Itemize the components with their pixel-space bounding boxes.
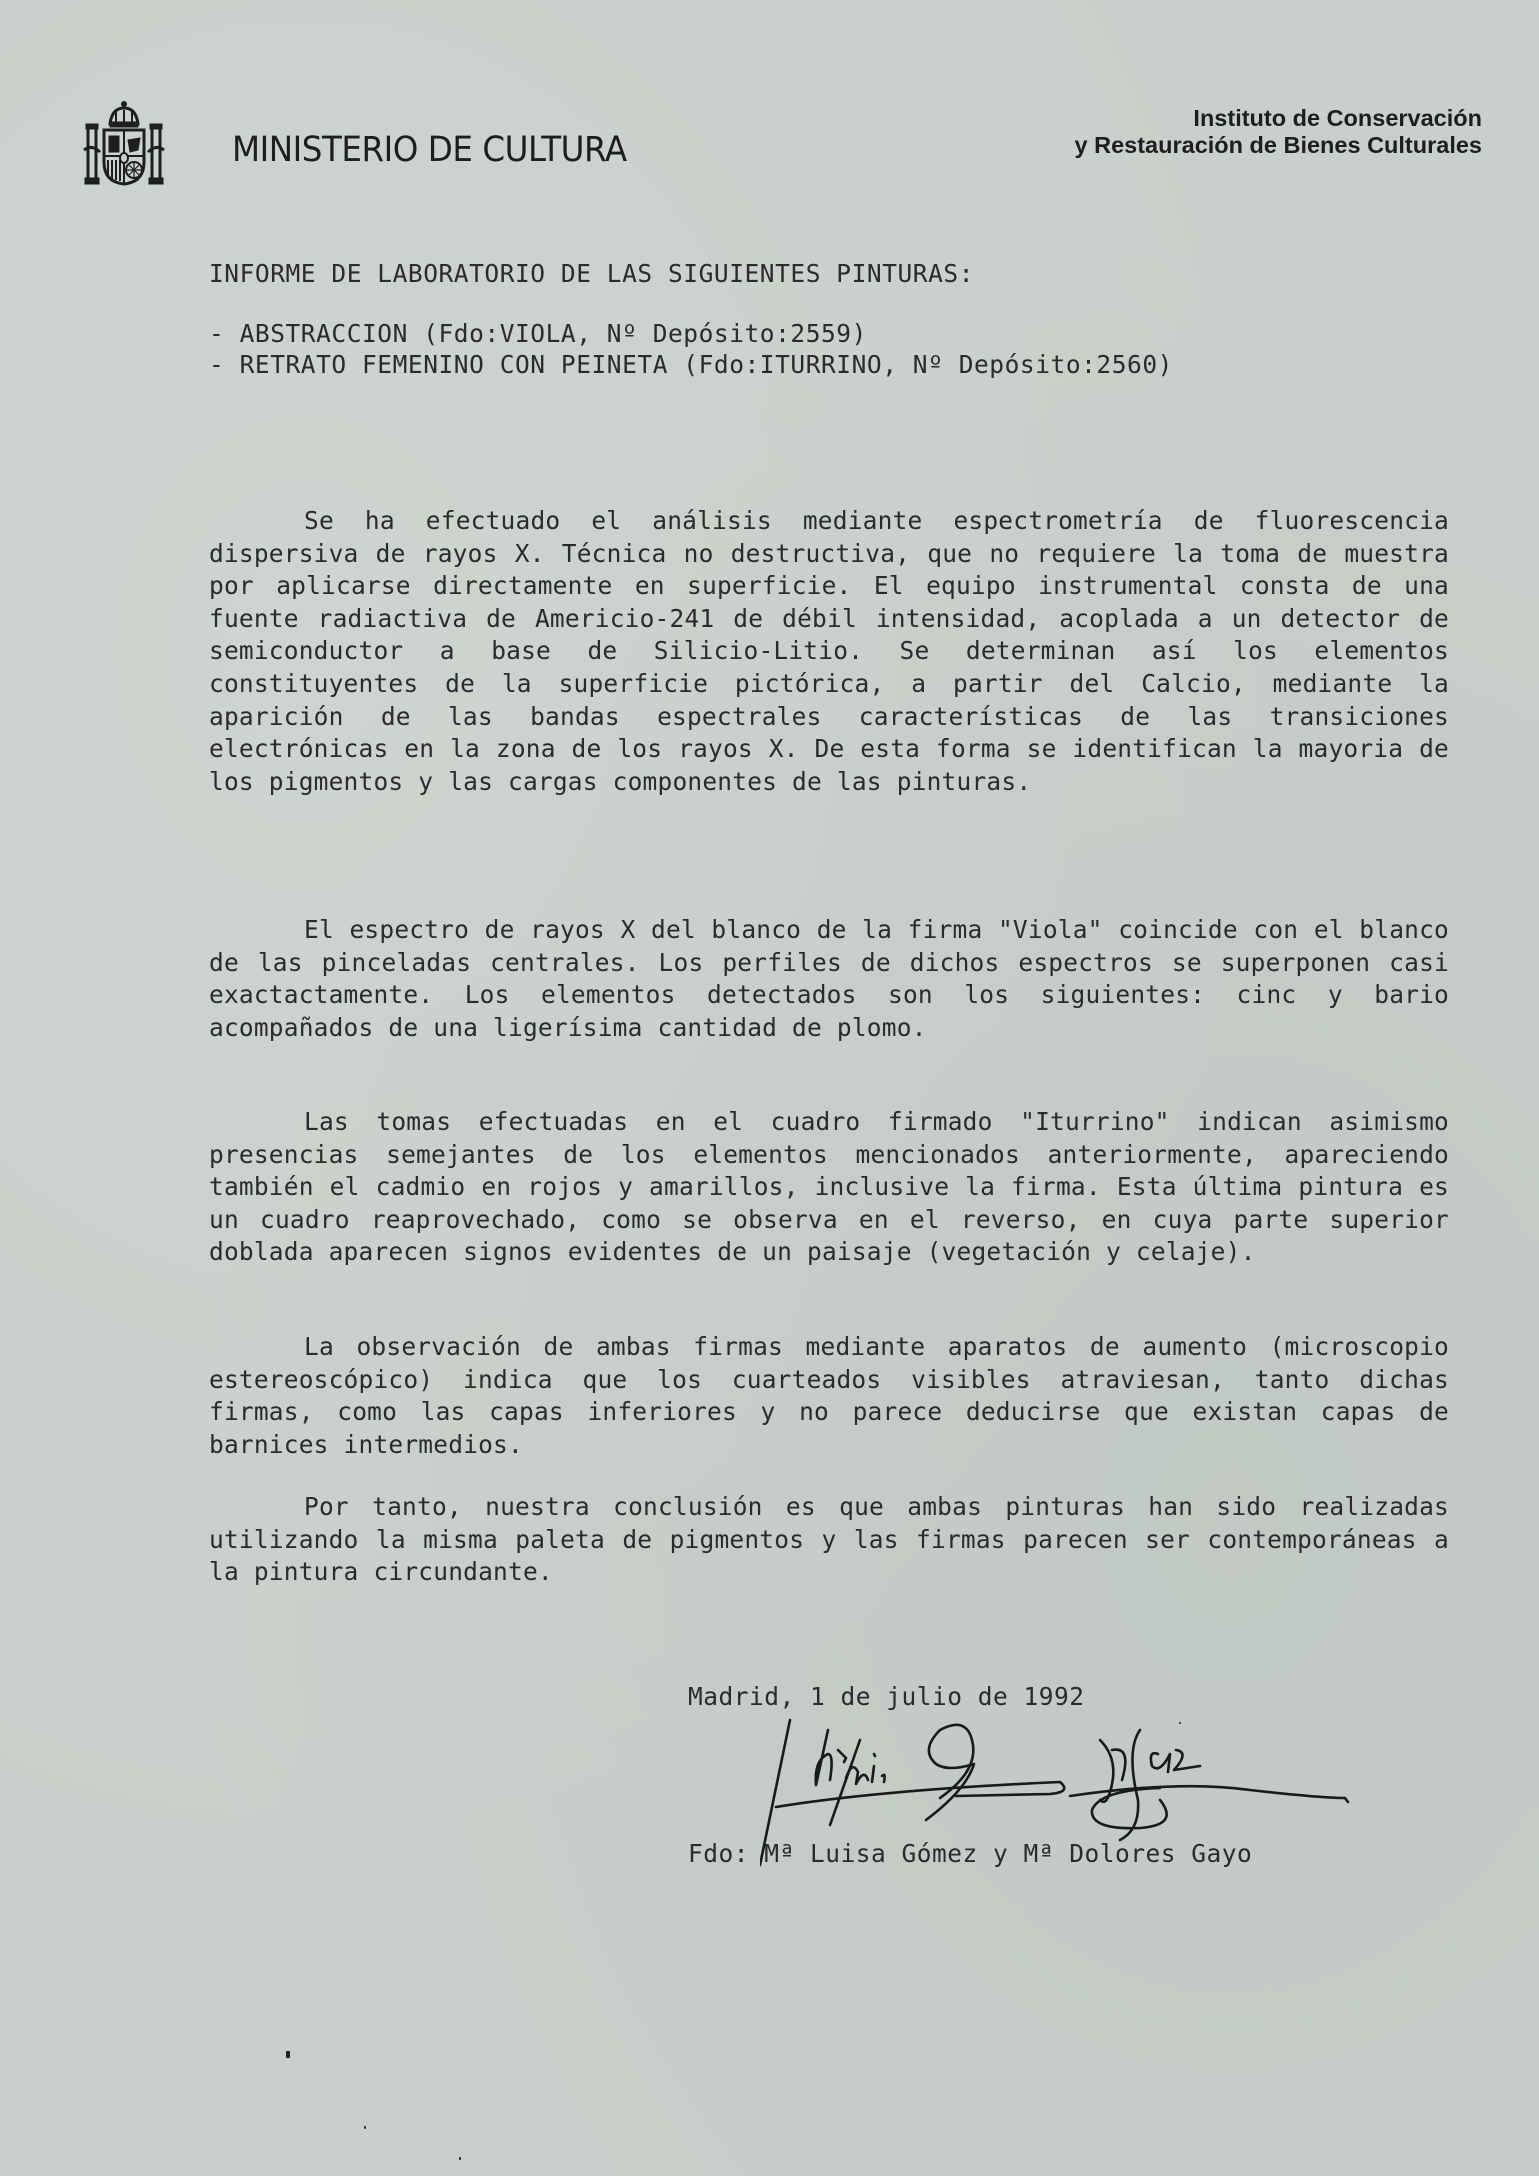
paper-speck [286, 2051, 290, 2058]
signature-gomez [816, 1730, 846, 1785]
paragraph-methodology: Se ha efectuado el análisis mediante esp… [209, 505, 1449, 798]
paragraph-viola-findings: El espectro de rayos X del blanco de la … [209, 914, 1449, 1044]
ministry-name: MINISTERIO DE CULTURA [232, 130, 627, 170]
paper-speck [364, 2126, 366, 2129]
paragraph-iturrino-findings: Las tomas efectuadas en el cuadro firmad… [209, 1106, 1449, 1269]
paragraph-signature-observation: La observación de ambas firmas mediante … [209, 1331, 1449, 1461]
signature-gayo [1100, 1730, 1140, 1840]
paragraph-text: Las tomas efectuadas en el cuadro firmad… [209, 1107, 1449, 1266]
date-line: Madrid, 1 de julio de 1992 [688, 1682, 1085, 1711]
paragraph-text: Se ha efectuado el análisis mediante esp… [209, 506, 1449, 796]
painting-item: - RETRATO FEMENINO CON PEINETA (Fdo:ITUR… [209, 349, 1173, 380]
signatures-icon [760, 1710, 1460, 1900]
institute-line-1: Instituto de Conservación [1075, 105, 1482, 132]
paper-speck [459, 2157, 461, 2160]
report-heading: INFORME DE LABORATORIO DE LAS SIGUIENTES… [209, 259, 974, 288]
paragraph-text: El espectro de rayos X del blanco de la … [209, 915, 1449, 1042]
paintings-list: - ABSTRACCION (Fdo:VIOLA, Nº Depósito:25… [209, 318, 1173, 380]
paragraph-text: Por tanto, nuestra conclusión es que amb… [209, 1492, 1449, 1586]
institute-name: Instituto de Conservación y Restauración… [1075, 105, 1482, 159]
paper-speck [1179, 1722, 1181, 1724]
paragraph-text: La observación de ambas firmas mediante … [209, 1332, 1449, 1459]
coat-of-arms-icon [82, 100, 166, 188]
document-page: MINISTERIO DE CULTURA Instituto de Conse… [0, 0, 1539, 2176]
institute-line-2: y Restauración de Bienes Culturales [1075, 132, 1482, 159]
painting-item: - ABSTRACCION (Fdo:VIOLA, Nº Depósito:25… [209, 318, 1173, 349]
paragraph-conclusion: Por tanto, nuestra conclusión es que amb… [209, 1491, 1449, 1589]
signed-by-line: Fdo: Mª Luisa Gómez y Mª Dolores Gayo [688, 1839, 1252, 1868]
